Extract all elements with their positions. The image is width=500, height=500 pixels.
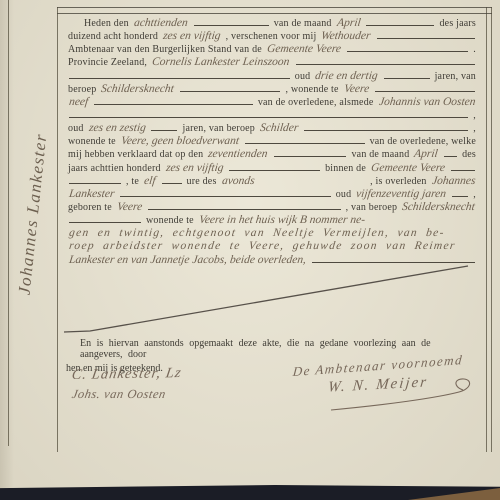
blank-rule (452, 188, 468, 197)
blank-rule (347, 43, 468, 52)
printed-text: jaren, van (433, 70, 478, 83)
signature-witness-1: C. Lankester, Lz (70, 365, 182, 384)
blank-rule (296, 56, 475, 65)
blank-rule (366, 17, 434, 26)
blank-rule (162, 175, 182, 184)
printed-text: Heden den (82, 17, 131, 30)
act-box-top-border-outer (57, 7, 492, 8)
blank-rule (375, 83, 475, 92)
printed-text: wonende te (144, 214, 196, 227)
act-line: jaars achttien honderdzes en vijftigbinn… (66, 162, 478, 175)
blank-rule (451, 162, 475, 171)
handwritten-text: Veere (113, 201, 146, 214)
scan-background-band (0, 483, 500, 500)
handwritten-text: Veere (340, 83, 373, 96)
handwritten-text: Gemeente Veere (263, 43, 345, 56)
printed-text: oud (293, 70, 313, 83)
act-box-top-border-inner (57, 13, 492, 14)
handwritten-text: Wethouder (318, 30, 375, 43)
printed-text: , (471, 188, 478, 201)
witness-signatures: C. Lankester, Lz Johs. van Oosten (72, 366, 181, 402)
printed-text: jaars achttien honderd (66, 162, 163, 175)
handwritten-text: zes en vijftig (162, 162, 227, 175)
strike-line (64, 266, 468, 332)
printed-text: mij hebben verklaard dat op den (66, 148, 205, 161)
handwritten-text: elf (140, 175, 159, 188)
act-line: oudzes en zestigjaren, van beroepSchilde… (66, 122, 478, 135)
printed-text: van de maand (349, 148, 411, 161)
handwritten-text: Gemeente Veere (367, 162, 449, 175)
printed-text: , (471, 122, 478, 135)
act-line: neefvan de overledene, alsmedeJohannis v… (66, 96, 478, 109)
printed-text: jaren, van beroep (180, 122, 257, 135)
act-line: , (66, 109, 478, 122)
printed-text: des (460, 148, 478, 161)
handwritten-text: Lankester en van Jannetje Jacobs, beide … (65, 254, 310, 267)
blank-rule (148, 201, 341, 210)
handwritten-text: April (333, 17, 364, 30)
printed-text: Ambtenaar van den Burgerlijken Stand van… (66, 43, 264, 56)
page-fold-line (8, 0, 9, 446)
printed-text: , (471, 109, 478, 122)
printed-text: , is overleden (368, 175, 428, 188)
printed-text: beroep (66, 83, 98, 96)
act-line: Provincie Zeeland,Cornelis Lankester Lei… (66, 56, 478, 69)
handwritten-text: Veere in het huis wijk B nommer ne- (195, 214, 369, 227)
printed-text: duizend acht honderd (66, 30, 160, 43)
act-line: duizend acht honderdzes en vijftig, vers… (66, 30, 478, 43)
register-page: { "colors": { "paper": "#e9e4d2", "print… (0, 0, 500, 500)
handwritten-text: Veere, geen bloedverwant (117, 135, 243, 148)
handwritten-text: Cornelis Lankester Leinszoon (148, 56, 293, 69)
handwritten-text: achttienden (130, 17, 191, 30)
handwritten-text: Johannes (428, 175, 479, 188)
printed-text: Provincie Zeeland, (66, 56, 149, 69)
blank-rule (194, 17, 269, 26)
blank-rule (229, 162, 320, 171)
blank-rule (384, 70, 430, 79)
handwritten-text: zeventienden (205, 148, 272, 161)
act-box-right-border-inner (491, 7, 492, 452)
handwritten-text: Schildersknecht (98, 83, 178, 96)
act-line: gen en twintig, echtgenoot van Neeltje V… (66, 227, 478, 240)
printed-text: wonende te (66, 135, 118, 148)
handwritten-text: neef (65, 96, 92, 109)
handwritten-text: Johannis van Oosten (375, 96, 479, 109)
blank-rule (304, 122, 468, 131)
handwritten-text: Schilder (256, 122, 302, 135)
spacer (257, 183, 368, 184)
printed-text: , van beroep (344, 201, 400, 214)
printed-text: , wonende te (283, 83, 340, 96)
blank-rule (69, 70, 290, 79)
handwritten-text: zes en zestig (85, 122, 149, 135)
blank-rule (377, 30, 475, 39)
handwritten-text: roep arbeidster wonende te Veere, gehuwd… (65, 240, 479, 253)
act-line: roep arbeidster wonende te Veere, gehuwd… (66, 240, 478, 253)
act-line: mij hebben verklaard dat op denzeventien… (66, 148, 478, 161)
act-line: , teelfure desavonds, is overledenJohann… (66, 175, 478, 188)
blank-rule (245, 135, 365, 144)
act-line: Heden denachttiendenvan de maandAprildes… (66, 17, 478, 30)
printed-text: van de overledene, alsmede (256, 96, 376, 109)
act-line: Lankester en van Jannetje Jacobs, beide … (66, 254, 478, 267)
act-line: wonende teVeere in het huis wijk B nomme… (66, 214, 478, 227)
blank-rule (120, 188, 330, 197)
handwritten-text: April (411, 148, 442, 161)
blank-rule (151, 122, 177, 131)
act-body-text: Heden denachttiendenvan de maandAprildes… (66, 17, 478, 267)
act-line: beroepSchildersknecht, wonende teVeere (66, 83, 478, 96)
margin-deceased-name: Johannes Lankester (7, 64, 58, 364)
spacer (368, 222, 478, 223)
printed-text: des jaars (437, 17, 478, 30)
handwritten-text: Lankester (65, 188, 118, 201)
blank-rule (69, 109, 468, 118)
blank-rule (274, 148, 347, 157)
handwritten-text: vijfenzeventig jaren (353, 188, 451, 201)
blank-rule (312, 254, 475, 263)
act-line: geboren teVeere, van beroepSchildersknec… (66, 201, 478, 214)
printed-text: ure des (185, 175, 219, 188)
printed-text: oud (66, 122, 86, 135)
printed-text: oud (334, 188, 354, 201)
printed-text: van de maand (272, 17, 334, 30)
handwritten-text: drie en dertig (312, 70, 382, 83)
printed-text: , te (124, 175, 141, 188)
blank-rule (69, 214, 141, 223)
handwritten-text: zes en vijftig (159, 30, 224, 43)
printed-text: binnen de (323, 162, 368, 175)
printed-text: . (471, 43, 478, 56)
blank-rule (94, 96, 253, 105)
act-line: Ambtenaar van den Burgerlijken Stand van… (66, 43, 478, 56)
official-signature: De Ambtenaar voornoemd W. N. Meijer (278, 358, 478, 394)
blank-rule (180, 83, 280, 92)
handwritten-text: avonds (218, 175, 258, 188)
signature-witness-2: Johs. van Oosten (71, 387, 183, 402)
blank-rule (444, 148, 457, 157)
act-line: wonende teVeere, geen bloedverwantvan de… (66, 135, 478, 148)
handwritten-text: Schildersknecht (398, 201, 478, 214)
act-line: Lankesteroudvijfenzeventig jaren, (66, 188, 478, 201)
printed-text: van de overledene, welke (368, 135, 478, 148)
printed-text: geboren te (66, 201, 114, 214)
handwritten-text: gen en twintig, echtgenoot van Neeltje V… (65, 227, 479, 240)
printed-text: , verschenen voor mij (224, 30, 319, 43)
act-box-right-border-outer (486, 7, 487, 452)
blank-rule (69, 175, 121, 184)
act-line: ouddrie en dertigjaren, van (66, 70, 478, 83)
